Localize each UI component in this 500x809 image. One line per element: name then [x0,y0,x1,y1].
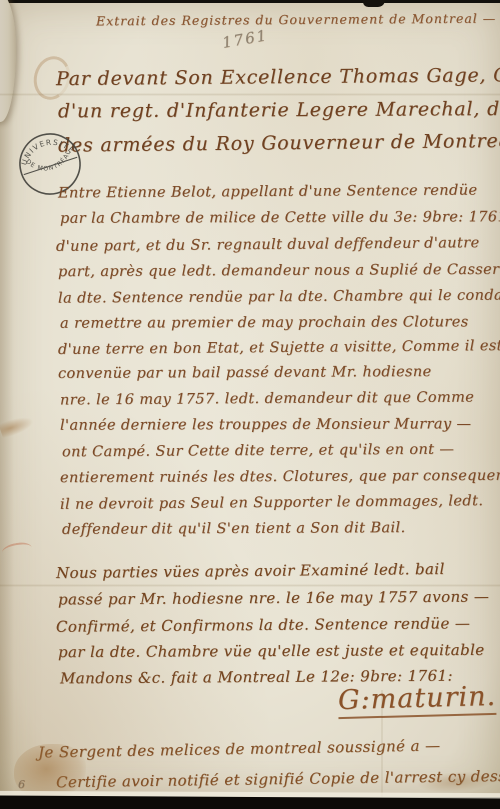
signature-text: G:maturin. [338,681,497,719]
manuscript-line: Confirmé, et Confirmons la dte. Sentence… [56,614,470,636]
manuscript-line: par la dte. Chambre vüe qu'elle est just… [58,641,485,661]
scanned-document: Extrait des Registres du Gouvernement de… [0,0,500,809]
scan-edge-bottom [0,795,500,809]
manuscript-line: des armées du Roy Gouverneur de Montreal… [58,129,500,156]
scan-edge-top [0,0,500,3]
fold-crease [0,584,500,587]
stamp-text-bottom: DE MONTRÉAL [23,148,76,178]
svg-text:DE MONTRÉAL: DE MONTRÉAL [23,148,76,178]
manuscript-line: part, après que ledt. demandeur nous a S… [58,262,500,280]
document-title: Extrait des Registres du Gouvernement de… [96,11,496,29]
manuscript-line: par la Chambre de milice de Cette ville … [60,209,500,227]
left-edge-shadow [0,0,14,794]
manuscript-line: l'année derniere les trouppes de Monsieu… [60,416,471,433]
manuscript-line: Entre Etienne Belot, appellant d'une Sen… [58,183,478,202]
manuscript-line: la dte. Sentence rendüe par la dte. Cham… [58,287,500,306]
signature: G:maturin. [338,681,497,716]
manuscript-line: nre. le 16 may 1757. ledt. demandeur dit… [60,390,474,409]
manuscript-line: ont Campé. Sur Cette dite terre, et qu'i… [62,442,454,461]
fold-crease [0,93,500,96]
manuscript-line: deffendeur dit qu'il S'en tient a Son di… [62,520,406,538]
scan-edge-blob [363,0,385,7]
manuscript-line: Par devant Son Excellence Thomas Gage, C… [56,64,500,90]
manuscript-line: d'un regt. d'Infanterie Legere Marechal,… [58,98,500,123]
manuscript-line: passé par Mr. hodiesne nre. le 16e may 1… [58,587,489,608]
manuscript-line: a remettre au premier de may prochain de… [60,314,469,331]
manuscript-line: entierement ruinés les dtes. Clotures, q… [60,468,500,486]
manuscript-line: convenüe par un bail passé devant Mr. ho… [58,364,432,382]
